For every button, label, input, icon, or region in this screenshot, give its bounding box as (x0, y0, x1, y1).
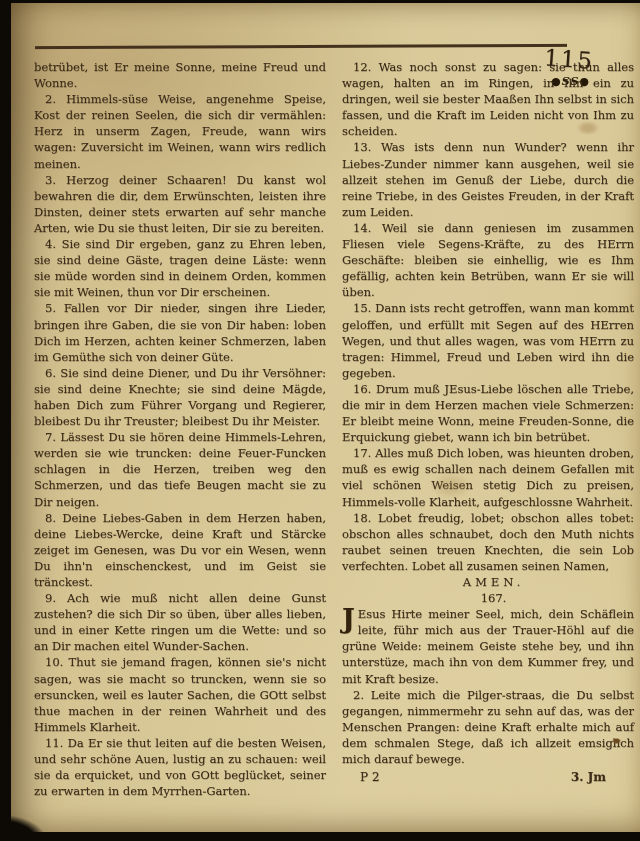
verse-5: 5. Fallen vor Dir nieder, singen ihre Li… (34, 300, 326, 364)
left-column: betrübet, ist Er meine Sonne, meine Freu… (34, 59, 326, 799)
page-paper: 115 ●SS● betrübet, ist Er meine Sonne, m… (11, 3, 640, 832)
drop-cap-initial: J (342, 606, 358, 633)
footer-line: P 2 3. Jm (342, 767, 634, 785)
catchword: 3. Jm (571, 769, 606, 785)
verse-17: 17. Alles muß Dich loben, was hieunten d… (342, 445, 634, 509)
right-column: 12. Was noch sonst zu sagen: sie thun al… (342, 59, 634, 785)
foxing-spot (577, 121, 599, 135)
verse-10: 10. Thut sie jemand fragen, können sie's… (34, 654, 326, 734)
header-rule (35, 44, 567, 49)
hymn-167-verse-1: JEsus Hirte meiner Seel, mich, dein Schä… (342, 606, 634, 686)
foxing-spot (431, 473, 471, 499)
verse-11: 11. Da Er sie thut leiten auf die besten… (34, 735, 326, 799)
verse-8: 8. Deine Liebes-Gaben in dem Herzen habe… (34, 510, 326, 590)
verse-continuation: betrübet, ist Er meine Sonne, meine Freu… (34, 59, 326, 91)
verse-18: 18. Lobet freudig, lobet; obschon alles … (342, 510, 634, 574)
verse-4: 4. Sie sind Dir ergeben, ganz zu Ehren l… (34, 236, 326, 300)
hymn-167-verse-1-text: Esus Hirte meiner Seel, mich, dein Schäf… (342, 607, 634, 685)
scanned-book-page: 115 ●SS● betrübet, ist Er meine Sonne, m… (0, 0, 640, 841)
hymn-167-verse-2: 2. Leite mich die Pilger-straas, die Du … (342, 687, 634, 767)
verse-6: 6. Sie sind deine Diener, und Du ihr Ver… (34, 365, 326, 429)
verse-13: 13. Was ists denn nun Wunder? wenn ihr L… (342, 139, 634, 219)
verse-9: 9. Ach wie muß nicht allen deine Gunst z… (34, 590, 326, 654)
verse-2: 2. Himmels-süse Weise, angenehme Speise,… (34, 91, 326, 171)
verse-14: 14. Weil sie dann geniesen im zusammen F… (342, 220, 634, 300)
foxing-spot (612, 738, 621, 744)
verse-16: 16. Drum muß JEsus-Liebe löschen alle Tr… (342, 381, 634, 445)
verse-15: 15. Dann ists recht getroffen, wann man … (342, 300, 634, 380)
scan-corner-shadow (0, 815, 46, 841)
signature-mark: P 2 (360, 769, 380, 785)
verse-3: 3. Herzog deiner Schaaren! Du kanst wol … (34, 172, 326, 236)
hymn-number: 167. (342, 590, 634, 606)
verse-7: 7. Lässest Du sie hören deine Himmels-Le… (34, 429, 326, 509)
amen-line: AMEN. (342, 574, 634, 590)
